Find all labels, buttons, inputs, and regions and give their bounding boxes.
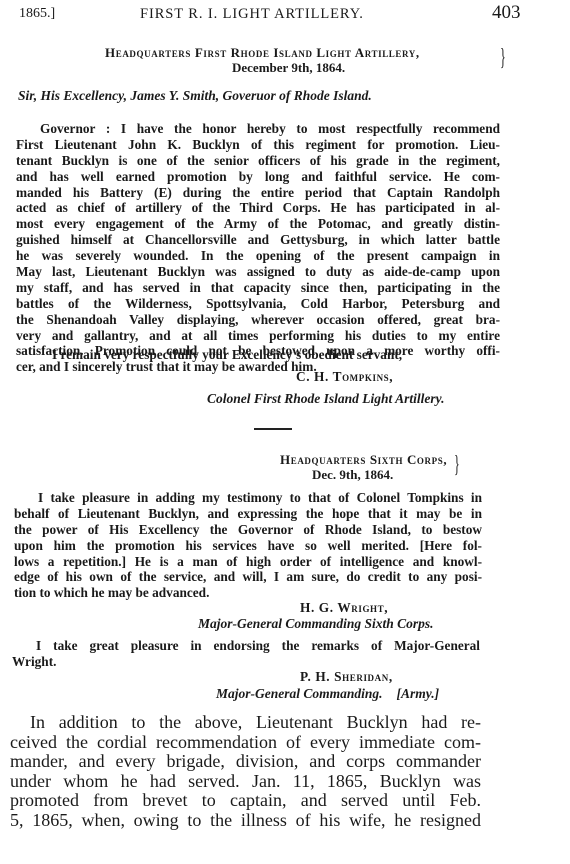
- body-line: the Shenandoah Valley displaying, wherev…: [16, 312, 500, 328]
- body-line: manded his Battery (E) during the entire…: [16, 185, 500, 201]
- endorsement-signature-title: Major-General Commanding.: [216, 686, 383, 701]
- body-line: I take pleasure in adding my testimony t…: [14, 490, 482, 506]
- endorsement-body: I take great pleasure in endorsing the r…: [12, 638, 480, 670]
- letter2-body: I take pleasure in adding my testimony t…: [14, 490, 482, 601]
- letter1-signature-title: Colonel First Rhode Island Light Artille…: [207, 391, 445, 407]
- body-line: tion to which he may be advanced.: [14, 585, 482, 601]
- body-line: edge of his own of the service, and will…: [14, 569, 482, 585]
- narrative-line: mander, and every brigade, division, and…: [10, 752, 481, 772]
- narrative-line: ceived the cordial recommendation of eve…: [10, 733, 481, 753]
- body-line: May last, Lieutenant Bucklyn was assigne…: [16, 264, 500, 280]
- letter2-signature-name: H. G. Wright,: [300, 600, 388, 616]
- letter2-signature-title: Major-General Commanding Sixth Corps.: [198, 616, 434, 632]
- body-line: Wright.: [12, 654, 480, 670]
- section-divider: [254, 428, 292, 430]
- body-line: he was severely wounded. In the opening …: [16, 248, 500, 264]
- body-line: Governor : I have the honor hereby to mo…: [16, 121, 500, 137]
- heading-brace-icon: }: [500, 44, 506, 72]
- running-header-title: FIRST R. I. LIGHT ARTILLERY.: [140, 6, 364, 23]
- body-line: tenant Bucklyn is one of the senior offi…: [16, 153, 500, 169]
- body-line: First Lieutenant John K. Bucklyn of this…: [16, 137, 500, 153]
- endorsement-signature-block: Major-General Commanding. [Army.]: [216, 685, 439, 703]
- body-line: battles of the Wilderness, Spottsylvania…: [16, 296, 500, 312]
- endorsement-signature-note: [Army.]: [397, 686, 440, 701]
- narrative-line: 5, 1865, when, owing to the illness of h…: [10, 811, 481, 831]
- letter1-date: December 9th, 1864.: [232, 59, 345, 76]
- letter1-signature-name: C. H. Tompkins,: [296, 369, 393, 385]
- page-number: 403: [492, 2, 521, 24]
- body-line: and has well earned promotion by long an…: [16, 169, 500, 185]
- body-line: lows a repetition.] He is a man of high …: [14, 554, 482, 570]
- narrative-line: In addition to the above, Lieutenant Buc…: [10, 713, 481, 733]
- body-line: I take great pleasure in endorsing the r…: [12, 638, 480, 654]
- body-line: my staff, and has served in that capacit…: [16, 280, 500, 296]
- body-line: acted as chief of artillery of the Third…: [16, 200, 500, 216]
- narrative-paragraph: In addition to the above, Lieutenant Buc…: [10, 713, 481, 831]
- body-line: behalf of Lieutenant Bucklyn, and expres…: [14, 506, 482, 522]
- narrative-line: promoted from brevet to captain, and ser…: [10, 791, 481, 811]
- endorsement-signature-name: P. H. Sheridan,: [300, 669, 393, 685]
- letter2-date: Dec. 9th, 1864.: [312, 466, 393, 483]
- body-line: very and gallantry, and at all times per…: [16, 328, 500, 344]
- letter1-body: Governor : I have the honor hereby to mo…: [16, 121, 500, 375]
- body-line: upon him the promotion his services have…: [14, 538, 482, 554]
- letter1-salutation: Sir, His Excellency, James Y. Smith, Gov…: [18, 88, 372, 104]
- narrative-line: under whom he had served. Jan. 11, 1865,…: [10, 772, 481, 792]
- heading-brace-icon: }: [454, 451, 460, 479]
- body-line: guished himself at Chancellorsville and …: [16, 232, 500, 248]
- running-header-year: 1865.]: [19, 6, 55, 22]
- body-line: most every engagement of the Army of the…: [16, 216, 500, 232]
- body-line: the power of His Excellency the Governor…: [14, 522, 482, 538]
- letter1-closing: I remain very respectfully your Excellen…: [52, 347, 402, 363]
